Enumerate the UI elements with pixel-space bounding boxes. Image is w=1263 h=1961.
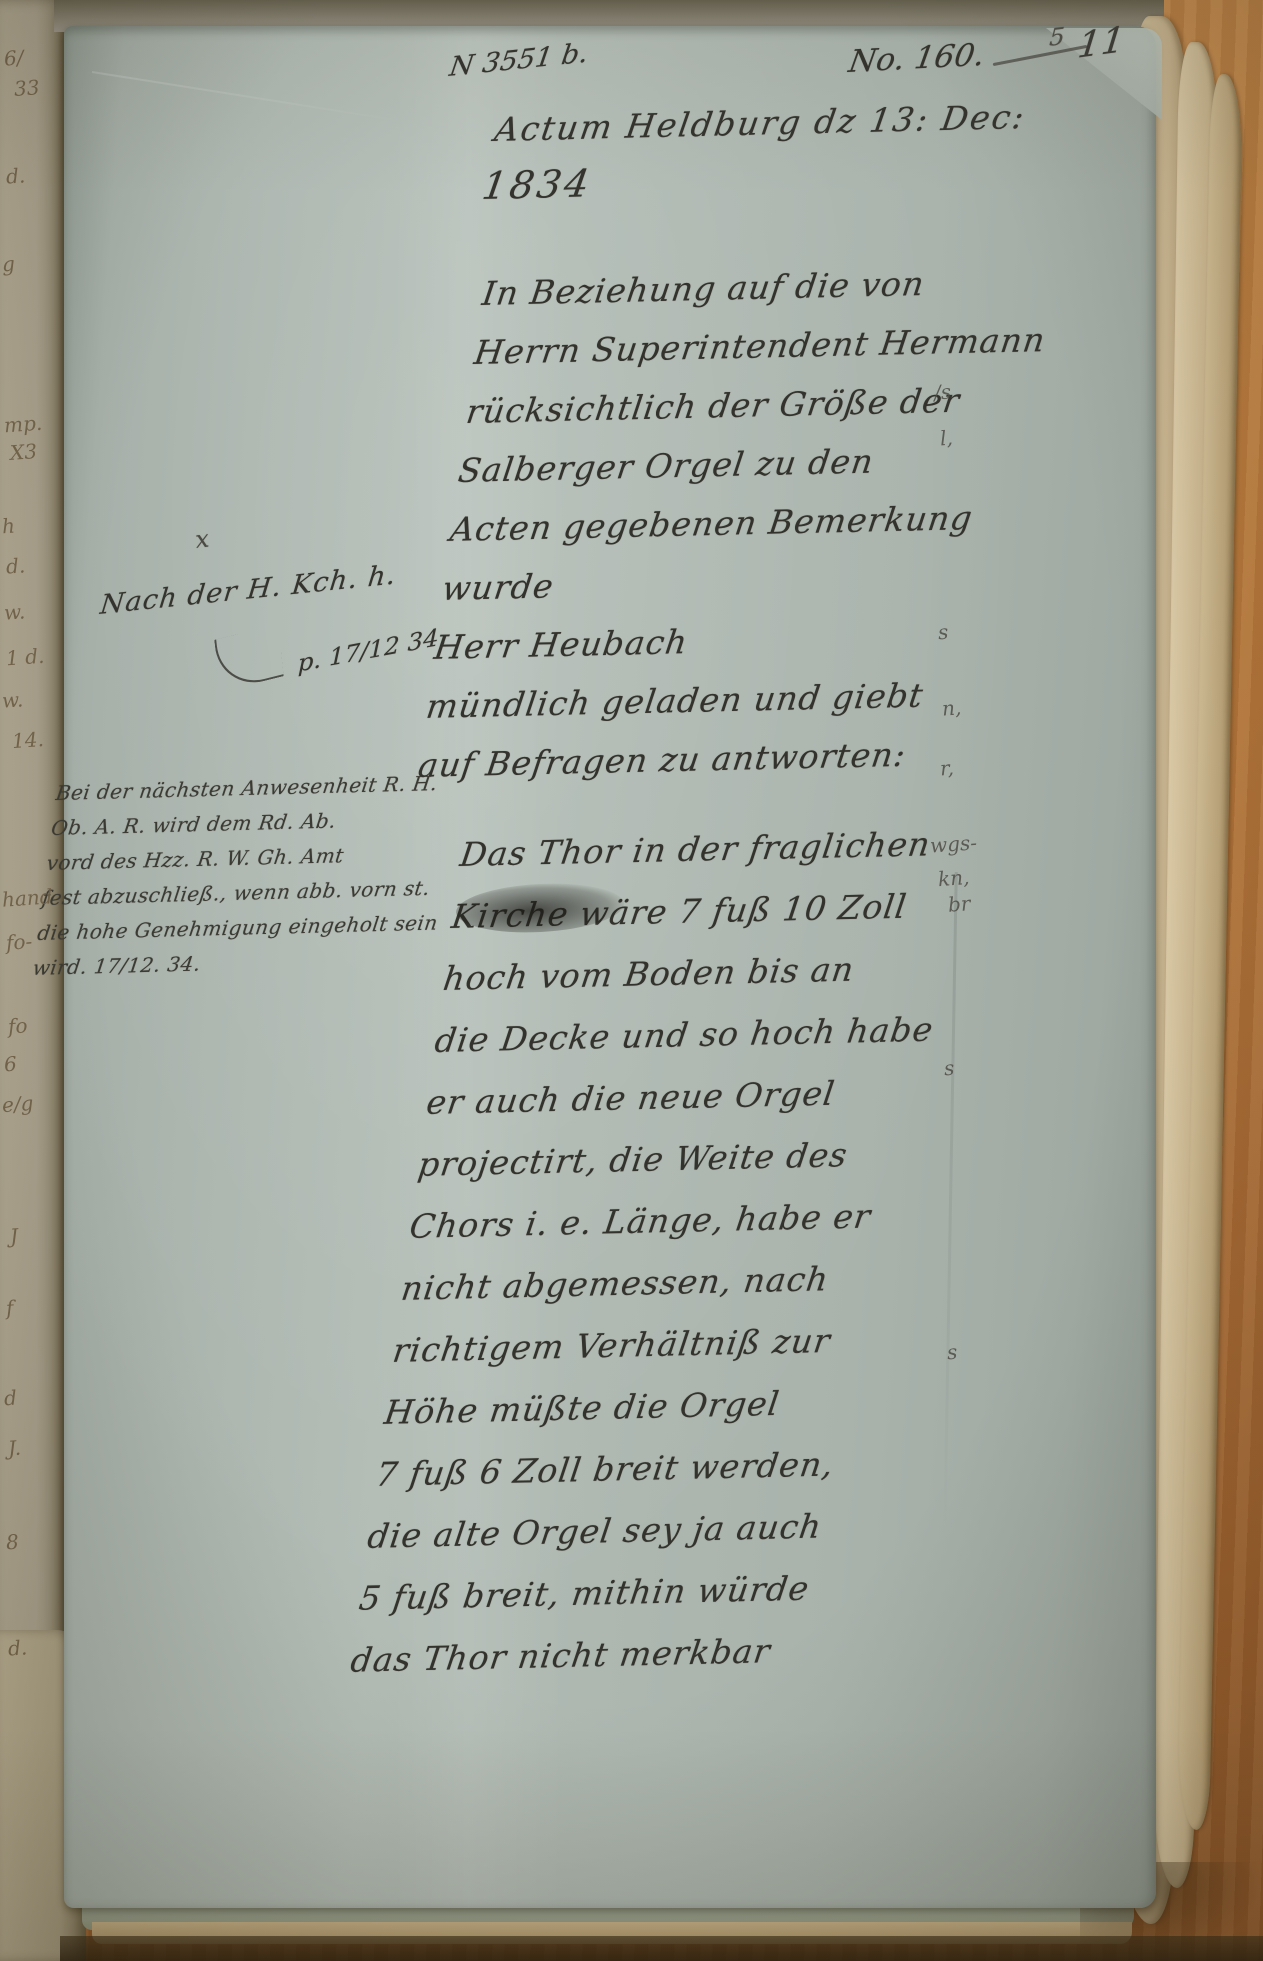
folio-number: 11	[1076, 20, 1127, 67]
handwritten-line: hoch vom Boden bis an	[439, 941, 946, 1014]
left-page-fragment: mp.	[3, 411, 43, 438]
left-page-fragment: fo	[7, 1013, 28, 1038]
left-page-fragment: d.	[7, 1635, 28, 1660]
left-page-fragment: J	[9, 1224, 19, 1249]
handwritten-line: richtigem Verhältniß zur	[388, 1313, 895, 1386]
right-bleed-fragment: n,	[941, 695, 962, 720]
left-page-fragment: g	[1, 252, 15, 277]
left-page-fragment: w.	[3, 599, 26, 624]
margin-x-mark: x	[194, 525, 210, 554]
left-page-fragment: hand	[1, 884, 53, 911]
left-page-fragment: X3	[9, 439, 38, 465]
right-bleed-fragment: kn,	[937, 865, 970, 891]
handwritten-line: Das Thor in der fraglichen	[456, 817, 963, 890]
right-bleed-fragment: s	[946, 1340, 958, 1365]
handwritten-line: nicht abgemessen, nach	[397, 1251, 904, 1324]
left-page-fragment: w.	[1, 687, 24, 712]
left-page-fragment: d.	[5, 163, 26, 188]
sheet-number: No. 160.	[846, 37, 987, 80]
left-page-fragment: 8	[5, 1530, 19, 1555]
handwritten-line: Höhe müßte die Orgel	[380, 1375, 887, 1448]
left-page-fragment: 6	[3, 1052, 17, 1077]
handwritten-line: die Decke und so hoch habe	[430, 1003, 937, 1076]
handwritten-line: die alte Orgel sey ja auch	[363, 1499, 870, 1572]
margin-disposition-note: Bei der nächsten Anwesenheit R. H.Ob. A.…	[30, 768, 458, 988]
left-page-fragment: e/g	[1, 1091, 34, 1117]
wood-background: { "corner_annotations": { "file_number":…	[0, 0, 1263, 1961]
handwritten-line: projectirt, die Weite des	[414, 1127, 921, 1200]
left-page-fragment: d	[3, 1386, 17, 1411]
handwritten-line: das Thor nicht merkbar	[346, 1623, 853, 1696]
left-page-fragment: J.	[7, 1436, 21, 1461]
handwritten-line: 5 fuß breit, mithin würde	[355, 1561, 862, 1634]
left-page-fragment: 1 d.	[5, 644, 45, 671]
right-bleed-fragment: /s	[933, 379, 952, 404]
handwritten-line: er auch die neue Orgel	[422, 1065, 929, 1138]
right-bleed-fragment: r,	[939, 756, 954, 781]
left-page-fragment: fo-	[5, 929, 33, 955]
left-page-fragment: f	[5, 1296, 14, 1320]
left-page-fragment: d.	[5, 553, 26, 578]
handwritten-line: 7 fuß 6 Zoll breit werden,	[371, 1437, 878, 1510]
right-bleed-fragment: wgs-	[929, 830, 978, 857]
year: 1834	[479, 161, 595, 208]
right-bleed-fragment: s	[943, 1056, 955, 1081]
handwritten-line: Chors i. e. Länge, habe er	[405, 1189, 912, 1262]
right-bleed-fragment: l,	[939, 426, 953, 451]
left-page-fragment: 33	[13, 75, 40, 101]
right-bleed-fragment: s	[937, 620, 949, 645]
left-page-fragment: 14.	[11, 727, 44, 753]
right-bleed-fragment: br	[947, 891, 971, 917]
left-page-fragment: h	[1, 514, 16, 539]
left-page-fragment: 6/	[3, 45, 24, 70]
pencil-number: 5	[1049, 22, 1066, 52]
